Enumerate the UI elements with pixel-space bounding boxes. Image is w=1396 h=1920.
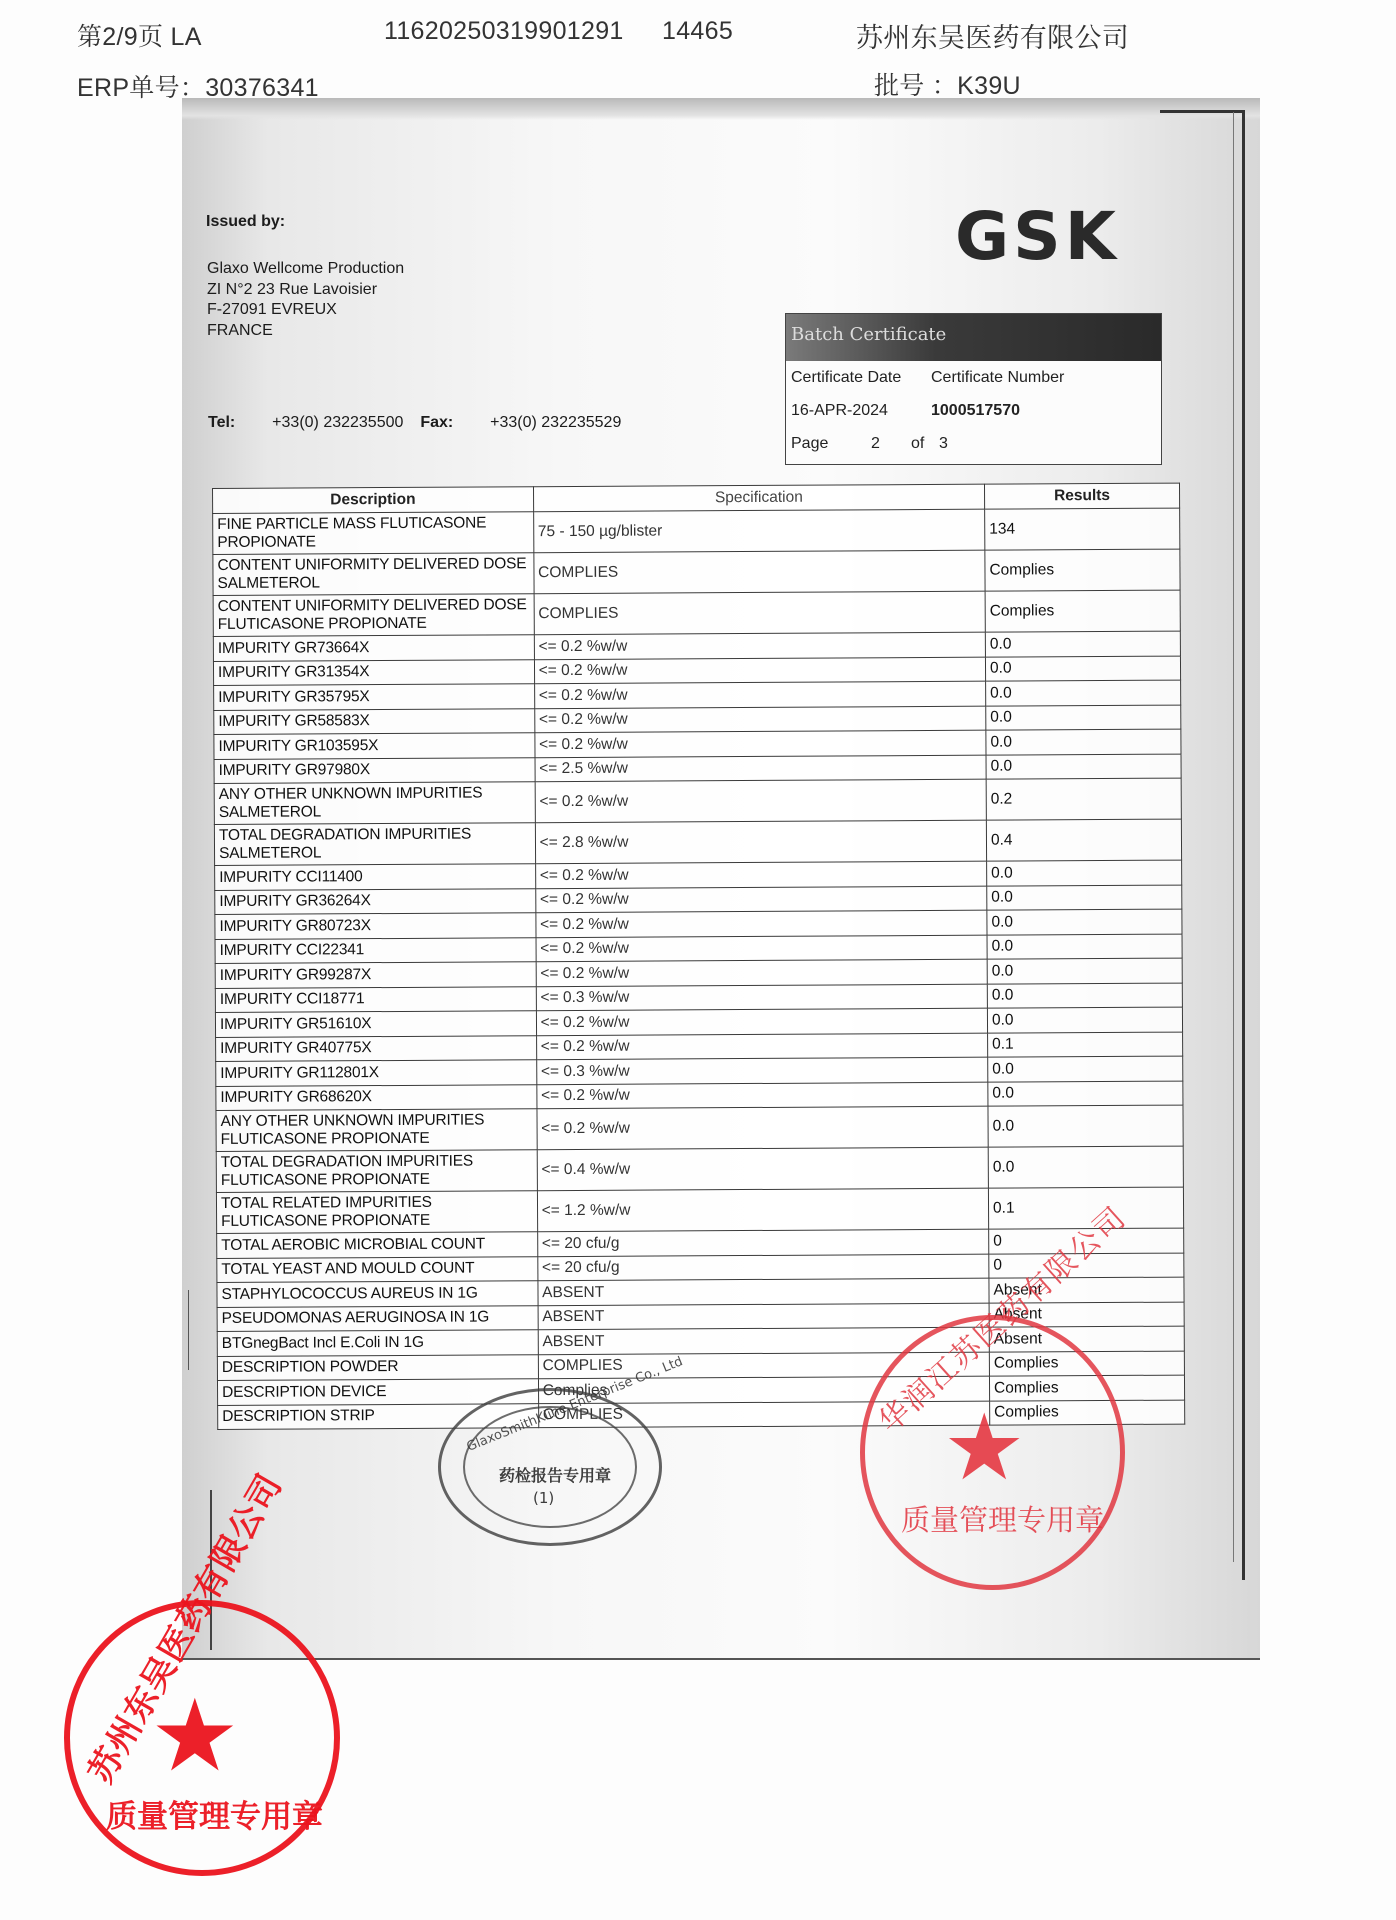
row-result: 0.0: [986, 729, 1181, 755]
row-specification: <= 0.2 %w/w: [536, 959, 987, 986]
certificate-number-label: Certificate Number: [931, 369, 1141, 387]
row-description: IMPURITY GR36264X: [215, 888, 536, 914]
row-description: CONTENT UNIFORMITY DELIVERED DOSE FLUTIC…: [213, 594, 534, 637]
row-specification: <= 0.2 %w/w: [536, 1082, 987, 1109]
table-row: ANY OTHER UNKNOWN IMPURITIES FLUTICASONE…: [216, 1105, 1183, 1151]
batch-value: K39U: [957, 72, 1021, 100]
row-description: IMPURITY GR40775X: [216, 1035, 537, 1061]
certificate-page-row: Page 2 of 3: [786, 427, 1161, 460]
row-result: 0.0: [985, 631, 1180, 657]
row-result: Complies: [985, 590, 1180, 632]
page-number: 2: [871, 435, 911, 453]
row-result: 0.0: [988, 1105, 1183, 1147]
issuer-address-line1: ZI N°2 23 Rue Lavoisier: [207, 280, 404, 301]
row-specification: <= 0.2 %w/w: [535, 779, 987, 823]
row-specification: <= 0.2 %w/w: [535, 861, 986, 888]
certificate-date-label: Certificate Date: [791, 369, 931, 387]
row-specification: ABSENT: [538, 1278, 989, 1305]
row-result: 0.0: [987, 885, 1182, 911]
row-specification: <= 0.2 %w/w: [536, 935, 987, 962]
row-description: TOTAL DEGRADATION IMPURITIES FLUTICASONE…: [216, 1150, 537, 1193]
page-frame-line: [1242, 110, 1245, 1580]
column-header-specification: Specification: [533, 484, 984, 512]
row-description: STAPHYLOCOCCUS AUREUS IN 1G: [217, 1281, 538, 1307]
row-description: IMPURITY GR51610X: [215, 1011, 536, 1037]
issuer-contact: Tel: +33(0) 232235500 Fax: +33(0) 232235…: [208, 414, 621, 432]
row-description: TOTAL YEAST AND MOULD COUNT: [217, 1256, 538, 1282]
table-row: ANY OTHER UNKNOWN IMPURITIES SALMETEROL<…: [214, 778, 1181, 824]
row-specification: <= 1.2 %w/w: [537, 1188, 989, 1232]
batch-number: 批号 ：K39U: [874, 66, 1021, 102]
document-code: 14465: [662, 17, 733, 46]
row-specification: <= 0.2 %w/w: [534, 681, 985, 708]
row-description: IMPURITY GR58583X: [214, 708, 535, 734]
certificate-date: 16-APR-2024: [791, 402, 931, 420]
row-specification: COMPLIES: [534, 550, 986, 594]
row-specification: <= 0.4 %w/w: [537, 1147, 989, 1191]
row-description: IMPURITY CCI11400: [215, 864, 536, 890]
row-result: 0.4: [986, 819, 1181, 861]
row-specification: <= 0.2 %w/w: [534, 706, 985, 733]
row-description: CONTENT UNIFORMITY DELIVERED DOSE SALMET…: [213, 553, 534, 596]
row-description: ANY OTHER UNKNOWN IMPURITIES SALMETEROL: [214, 782, 535, 825]
certificate-title: Batch Certificate: [786, 314, 1161, 361]
row-specification: COMPLIES: [534, 591, 986, 635]
row-specification: 75 - 150 µg/blister: [533, 509, 985, 553]
row-specification: <= 0.2 %w/w: [536, 910, 987, 937]
row-result: 0.0: [987, 1007, 1182, 1033]
table-row: TOTAL DEGRADATION IMPURITIES FLUTICASONE…: [216, 1146, 1183, 1192]
row-specification: <= 0.2 %w/w: [535, 886, 986, 913]
certificate-number: 1000517570: [931, 402, 1141, 420]
certificate-values-row: 16-APR-2024 1000517570: [786, 394, 1161, 427]
row-description: IMPURITY GR112801X: [216, 1060, 537, 1086]
row-result: 0.0: [987, 958, 1182, 984]
row-result: 0.0: [987, 909, 1182, 935]
issuer-name: Glaxo Wellcome Production: [207, 259, 404, 280]
row-specification: <= 20 cfu/g: [537, 1229, 988, 1256]
table-row: CONTENT UNIFORMITY DELIVERED DOSE SALMET…: [213, 549, 1180, 595]
row-result: 0.0: [988, 1056, 1183, 1082]
row-description: IMPURITY CCI22341: [215, 937, 536, 963]
row-description: IMPURITY GR31354X: [213, 659, 534, 685]
table-row: FINE PARTICLE MASS FLUTICASONE PROPIONAT…: [213, 508, 1180, 554]
star-icon: ★: [150, 1686, 240, 1786]
row-result: 0.1: [988, 1032, 1183, 1058]
row-description: IMPURITY CCI18771: [215, 986, 536, 1012]
tel-label: Tel:: [208, 414, 235, 431]
page-total: 3: [939, 435, 948, 453]
row-description: TOTAL AEROBIC MICROBIAL COUNT: [217, 1232, 538, 1258]
star-icon: ★: [943, 1402, 1025, 1494]
row-description: TOTAL DEGRADATION IMPURITIES SALMETEROL: [214, 823, 535, 866]
row-specification: <= 2.8 %w/w: [535, 820, 987, 864]
page-info: 第2/9页 LA: [77, 17, 202, 53]
row-result: 134: [985, 508, 1180, 550]
seal-center-text: 质量管理专用章: [106, 1791, 323, 1836]
seal-number: (1): [533, 1489, 554, 1507]
row-specification: <= 0.2 %w/w: [535, 730, 986, 757]
document-number: 11620250319901291: [384, 17, 624, 46]
seal-inner-text: 药检报告专用章: [499, 1463, 611, 1486]
row-description: IMPURITY GR103595X: [214, 733, 535, 759]
fax-value: +33(0) 232235529: [490, 414, 621, 431]
page-label: Page: [791, 435, 871, 453]
row-description: PSEUDOMONAS AERUGINOSA IN 1G: [217, 1305, 538, 1331]
column-header-description: Description: [213, 487, 534, 514]
gsk-logo: GSK: [955, 198, 1120, 275]
row-specification: <= 0.2 %w/w: [536, 1033, 987, 1060]
page-frame-line: [1233, 112, 1234, 1562]
row-result: 0.0: [986, 754, 1181, 780]
row-result: 0.2: [986, 778, 1181, 820]
row-result: 0.0: [986, 705, 1181, 731]
issuer-address-line2: F-27091 EVREUX: [207, 300, 404, 321]
row-description: IMPURITY GR97980X: [214, 757, 535, 783]
row-description: TOTAL RELATED IMPURITIES FLUTICASONE PRO…: [216, 1191, 537, 1234]
row-specification: <= 2.5 %w/w: [535, 755, 986, 782]
certificate-info-box: Batch Certificate Certificate Date Certi…: [785, 313, 1162, 465]
row-description: IMPURITY GR73664X: [213, 635, 534, 661]
certificate-labels-row: Certificate Date Certificate Number: [786, 361, 1161, 394]
row-description: IMPURITY GR68620X: [216, 1084, 537, 1110]
row-description: IMPURITY GR35795X: [214, 684, 535, 710]
row-result: 0.0: [988, 1146, 1183, 1188]
row-result: 0.0: [987, 934, 1182, 960]
batch-label: 批号 ：: [874, 72, 957, 100]
company-name: 苏州东吴医药有限公司: [856, 16, 1129, 55]
row-description: ANY OTHER UNKNOWN IMPURITIES FLUTICASONE…: [216, 1109, 537, 1152]
row-specification: <= 0.3 %w/w: [536, 984, 987, 1011]
issuer-country: FRANCE: [207, 321, 404, 342]
row-specification: <= 20 cfu/g: [537, 1254, 988, 1281]
row-description: BTGnegBact Incl E.Coli IN 1G: [217, 1330, 538, 1356]
row-specification: <= 0.2 %w/w: [534, 632, 985, 659]
row-specification: <= 0.2 %w/w: [534, 657, 985, 684]
gsk-inspection-seal: GlaxoSmithKline Enterprise Co., Ltd 药检报告…: [438, 1388, 662, 1546]
row-result: 0.0: [987, 983, 1182, 1009]
issued-by-label: Issued by:: [206, 213, 285, 231]
dongwu-quality-seal: 苏州东吴医药有限公司 ★ 质量管理专用章: [64, 1600, 340, 1876]
row-result: 0.0: [986, 680, 1181, 706]
row-description: DESCRIPTION POWDER: [217, 1354, 538, 1380]
row-result: 0.0: [985, 656, 1180, 682]
table-row: TOTAL DEGRADATION IMPURITIES SALMETEROL<…: [214, 819, 1181, 865]
seal-center-text: 质量管理专用章: [901, 1498, 1104, 1539]
table-row: CONTENT UNIFORMITY DELIVERED DOSE FLUTIC…: [213, 590, 1180, 636]
row-result: Complies: [985, 549, 1180, 591]
row-result: 0.0: [988, 1081, 1183, 1107]
row-specification: ABSENT: [538, 1303, 989, 1330]
fax-label: Fax:: [420, 414, 453, 431]
tel-value: +33(0) 232235500: [272, 414, 403, 431]
row-description: IMPURITY GR80723X: [215, 913, 536, 939]
row-description: FINE PARTICLE MASS FLUTICASONE PROPIONAT…: [213, 512, 534, 555]
page-of-label: of: [911, 435, 939, 453]
issuer-address: Glaxo Wellcome Production ZI N°2 23 Rue …: [207, 259, 404, 341]
row-description: IMPURITY GR99287X: [215, 962, 536, 988]
column-header-results: Results: [984, 483, 1179, 509]
table-row: TOTAL RELATED IMPURITIES FLUTICASONE PRO…: [216, 1187, 1183, 1233]
cr-jiangsu-quality-seal: 华润江苏医药有限公司 ★ 质量管理专用章: [860, 1315, 1125, 1590]
row-specification: <= 0.2 %w/w: [537, 1106, 989, 1150]
row-specification: <= 0.2 %w/w: [536, 1008, 987, 1035]
page-frame-line: [188, 1290, 189, 1370]
row-specification: <= 0.3 %w/w: [536, 1057, 987, 1084]
row-result: 0.0: [987, 860, 1182, 886]
